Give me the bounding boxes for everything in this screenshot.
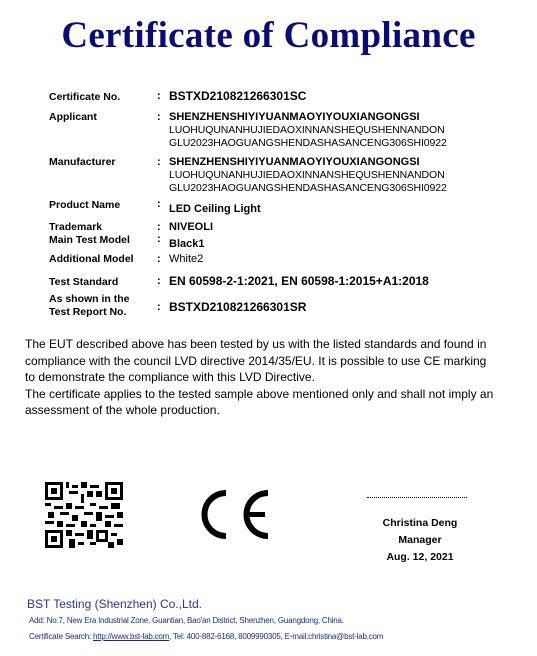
additional-model-label: Additional Model	[49, 253, 134, 266]
applicant-value: SHENZHENSHIYIYUANMAOYIYOUXIANGONGSI LUOH…	[169, 111, 447, 150]
compliance-statement: The EUT described above has been tested …	[25, 336, 525, 419]
test-standard-value: EN 60598-2-1:2021, EN 60598-1:2015+A1:20…	[169, 275, 429, 288]
certificate-no-value: BSTXD210821266301SC	[169, 90, 306, 103]
product-name-label: Product Name	[49, 199, 120, 212]
footer-company: BST Testing (Shenzhen) Co.,Ltd.	[27, 597, 202, 611]
colon: :	[157, 253, 161, 265]
signature-date: Aug. 12, 2021	[355, 551, 485, 563]
statement-line: to demonstrate the compliance with this …	[25, 369, 525, 386]
applicant-address-1: LUOHUQUNANHUJIEDAOXINNANSHEQUSHENNANDON	[169, 124, 447, 137]
applicant-label: Applicant	[49, 111, 97, 124]
statement-line: The EUT described above has been tested …	[25, 336, 525, 353]
test-report-value: BSTXD210821266301SR	[169, 301, 306, 314]
signature-line	[367, 497, 467, 498]
colon: :	[157, 156, 161, 168]
product-name-value: LED Ceiling Light	[169, 203, 261, 216]
statement-line: assessment of the whole production.	[25, 402, 525, 419]
test-report-label-line-2: Test Report No.	[49, 306, 130, 319]
ce-mark-icon	[196, 487, 276, 542]
applicant-address-2: GLU2023HAOGUANGSHENDASHASANCENG306SHI092…	[169, 137, 447, 150]
footer-contact: Certificate Search: http://www.bst-lab.c…	[29, 632, 383, 641]
certificate-title: Certificate of Compliance	[0, 14, 537, 57]
main-test-model-label: Main Test Model	[49, 234, 130, 247]
colon: :	[157, 301, 161, 313]
manufacturer-address-1: LUOHUQUNANHUJIEDAOXINNANSHEQUSHENNANDON	[169, 169, 447, 182]
trademark-value: NIVEOLI	[169, 221, 213, 234]
signer-name: Christina Deng	[355, 517, 485, 529]
manufacturer-name: SHENZHENSHIYIYUANMAOYIYOUXIANGONGSI	[169, 156, 447, 169]
manufacturer-label: Manufacturer	[49, 156, 116, 169]
certificate-no-label: Certificate No.	[49, 91, 120, 104]
colon: :	[157, 90, 161, 102]
manufacturer-address-2: GLU2023HAOGUANGSHENDASHASANCENG306SHI092…	[169, 182, 447, 195]
colon: :	[157, 221, 161, 233]
colon: :	[157, 275, 161, 287]
additional-model-value: White2	[169, 253, 203, 266]
test-standard-label: Test Standard	[49, 276, 118, 289]
colon: :	[157, 111, 161, 123]
manufacturer-value: SHENZHENSHIYIYUANMAOYIYOUXIANGONGSI LUOH…	[169, 156, 447, 195]
test-report-label-line-1: As shown in the	[49, 293, 130, 306]
qr-code-icon[interactable]	[45, 482, 123, 548]
certificate-search-label: Certificate Search:	[29, 632, 93, 641]
statement-line: compliance with the council LVD directiv…	[25, 353, 525, 370]
statement-line: The certificate applies to the tested sa…	[25, 386, 525, 403]
test-report-label: As shown in the Test Report No.	[49, 293, 130, 319]
contact-info: , Tel: 400-882-6168, 8009990305, E-mail:…	[169, 632, 383, 641]
certificate-search-link[interactable]: http://www.bst-lab.com	[93, 632, 169, 641]
applicant-name: SHENZHENSHIYIYUANMAOYIYOUXIANGONGSI	[169, 111, 447, 124]
footer-address: Add: No.7, New Era Industrial Zone, Guan…	[29, 616, 344, 625]
signer-title: Manager	[355, 534, 485, 546]
trademark-label: Trademark	[49, 221, 102, 234]
colon: :	[157, 198, 161, 210]
colon: :	[157, 233, 161, 245]
main-test-model-value: Black1	[169, 238, 204, 251]
